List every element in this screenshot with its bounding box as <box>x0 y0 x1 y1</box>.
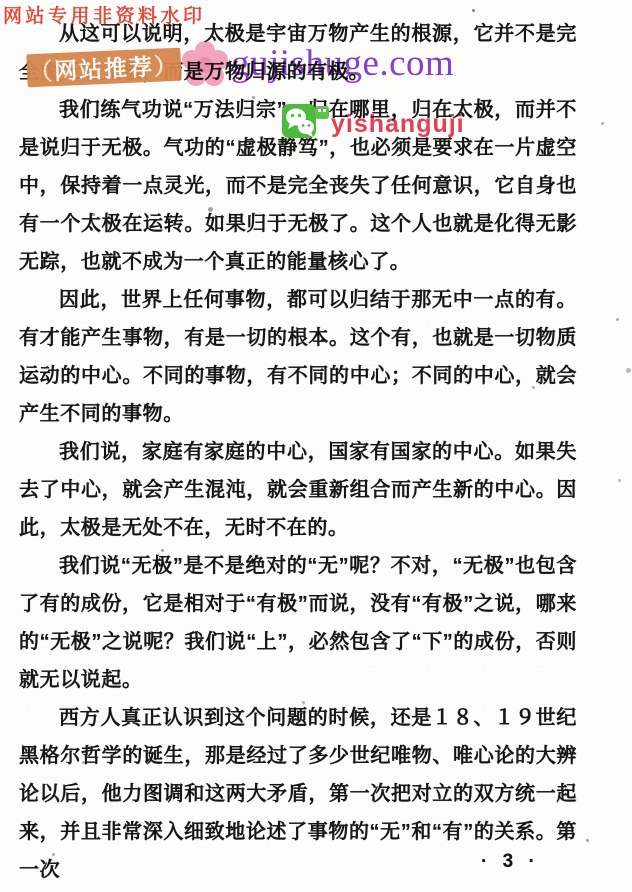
wechat-icon <box>282 104 330 139</box>
page-number: · 3 · <box>481 851 540 873</box>
scanned-page: 从这可以说明，太极是宇宙万物产生的根源，它并不是完全虚无的无极，而是万物归源的有… <box>0 0 632 892</box>
flower-icon <box>179 39 231 91</box>
paragraph: 我们说，家庭有家庭的中心，国家有国家的中心。如果失去了中心，就会产生混沌，就会重… <box>19 433 577 547</box>
paragraph: 我们说“无极”是不是绝对的“无”呢？不对，“无极”也包含了有的成份，它是相对于“… <box>19 547 577 699</box>
corner-watermark-text: 网站专用非资料水印 <box>3 1 206 28</box>
paragraph: 因此，世界上任何事物，都可以归结于那无中一点的有。有才能产生事物，有是一切的根本… <box>19 281 577 433</box>
page-text: 从这可以说明，太极是宇宙万物产生的根源，它并不是完全虚无的无极，而是万物归源的有… <box>19 15 577 889</box>
site-url-watermark: gujishuge.com <box>231 42 454 85</box>
wechat-id-watermark: yishanguji <box>331 110 465 139</box>
promo-badge: （ 网站推荐 ） <box>26 48 181 88</box>
badge-paren-close: ） <box>153 48 179 82</box>
badge-paren-open: （ <box>28 53 54 87</box>
badge-label: 网站推荐 <box>53 49 154 86</box>
